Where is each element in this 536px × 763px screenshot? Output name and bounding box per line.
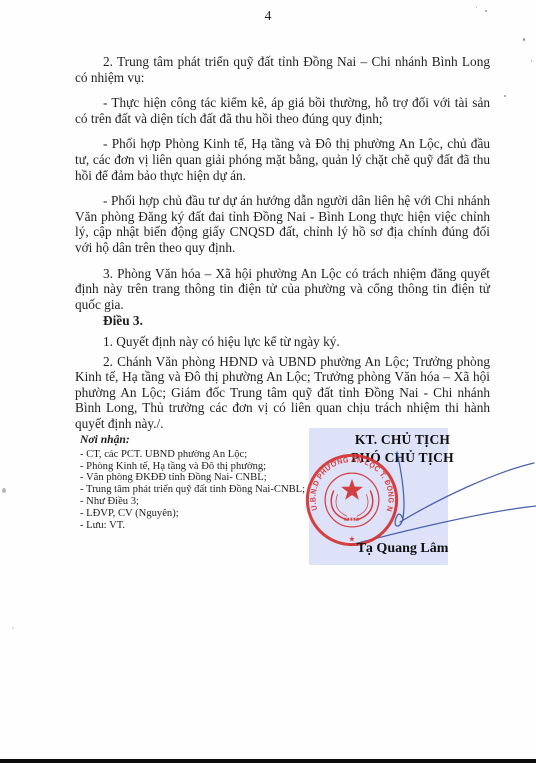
recipient-item: - Trung tâm phát triển quỹ đất tỉnh Đồng…	[80, 484, 310, 496]
recipient-item: - Lưu: VT.	[80, 520, 310, 532]
scan-speck	[504, 95, 506, 97]
paragraph: 3. Phòng Văn hóa – Xã hội phường An Lộc …	[75, 266, 490, 313]
recipient-item: - Như Điều 3;	[80, 496, 310, 508]
scan-speck	[523, 38, 525, 41]
signer-name: Tạ Quang Lâm	[330, 541, 475, 557]
paragraph: 2. Chánh Văn phòng HĐND và UBND phường A…	[75, 354, 490, 432]
recipient-item: - Văn phòng ĐKĐĐ tỉnh Đồng Nai- CNBL;	[80, 472, 310, 484]
scan-edge-artifact	[0, 759, 536, 763]
scan-speck	[485, 10, 487, 12]
stamp-ring-text: U.B.N.D PHƯỜNG AN LỘC T. ĐỒNG NAI	[304, 452, 396, 513]
paragraph: 2. Trung tâm phát triển quỹ đất tỉnh Đồn…	[75, 54, 490, 85]
recipients-label: Nơi nhận:	[80, 434, 310, 446]
scan-speck	[476, 7, 477, 8]
paragraph: - Phối hợp Phòng Kinh tế, Hạ tầng và Đô …	[75, 136, 490, 183]
document-page: 4 2. Trung tâm phát triển quỹ đất tỉnh Đ…	[0, 0, 536, 763]
official-red-stamp-icon: U.B.N.D PHƯỜNG AN LỘC T. ĐỒNG NAI ★	[304, 452, 400, 548]
page-number: 4	[0, 8, 536, 24]
paragraph: - Phối hợp chủ đầu tư dự án hướng dẫn ng…	[75, 193, 490, 255]
scan-speck	[2, 488, 6, 493]
recipient-item: - LĐVP, CV (Nguyên);	[80, 508, 310, 520]
recipients-block: Nơi nhận: - CT, các PCT. UBND phường An …	[80, 434, 310, 531]
document-body: 2. Trung tâm phát triển quỹ đất tỉnh Đồn…	[75, 54, 490, 441]
scan-speck	[12, 627, 14, 629]
recipient-item: - Phòng Kinh tế, Hạ tầng và Đô thị phườn…	[80, 461, 310, 473]
svg-text:U.B.N.D PHƯỜNG AN LỘC T. ĐỒNG: U.B.N.D PHƯỜNG AN LỘC T. ĐỒNG NAI	[304, 452, 396, 513]
article-heading: Điều 3.	[75, 313, 490, 329]
recipient-item: - CT, các PCT. UBND phường An Lộc;	[80, 449, 310, 461]
paragraph: 1. Quyết định này có hiệu lực kể từ ngày…	[75, 334, 490, 350]
paragraph: - Thực hiện công tác kiểm kê, áp giá bồi…	[75, 95, 490, 126]
national-emblem-icon	[331, 479, 373, 520]
scan-speck	[531, 60, 532, 62]
